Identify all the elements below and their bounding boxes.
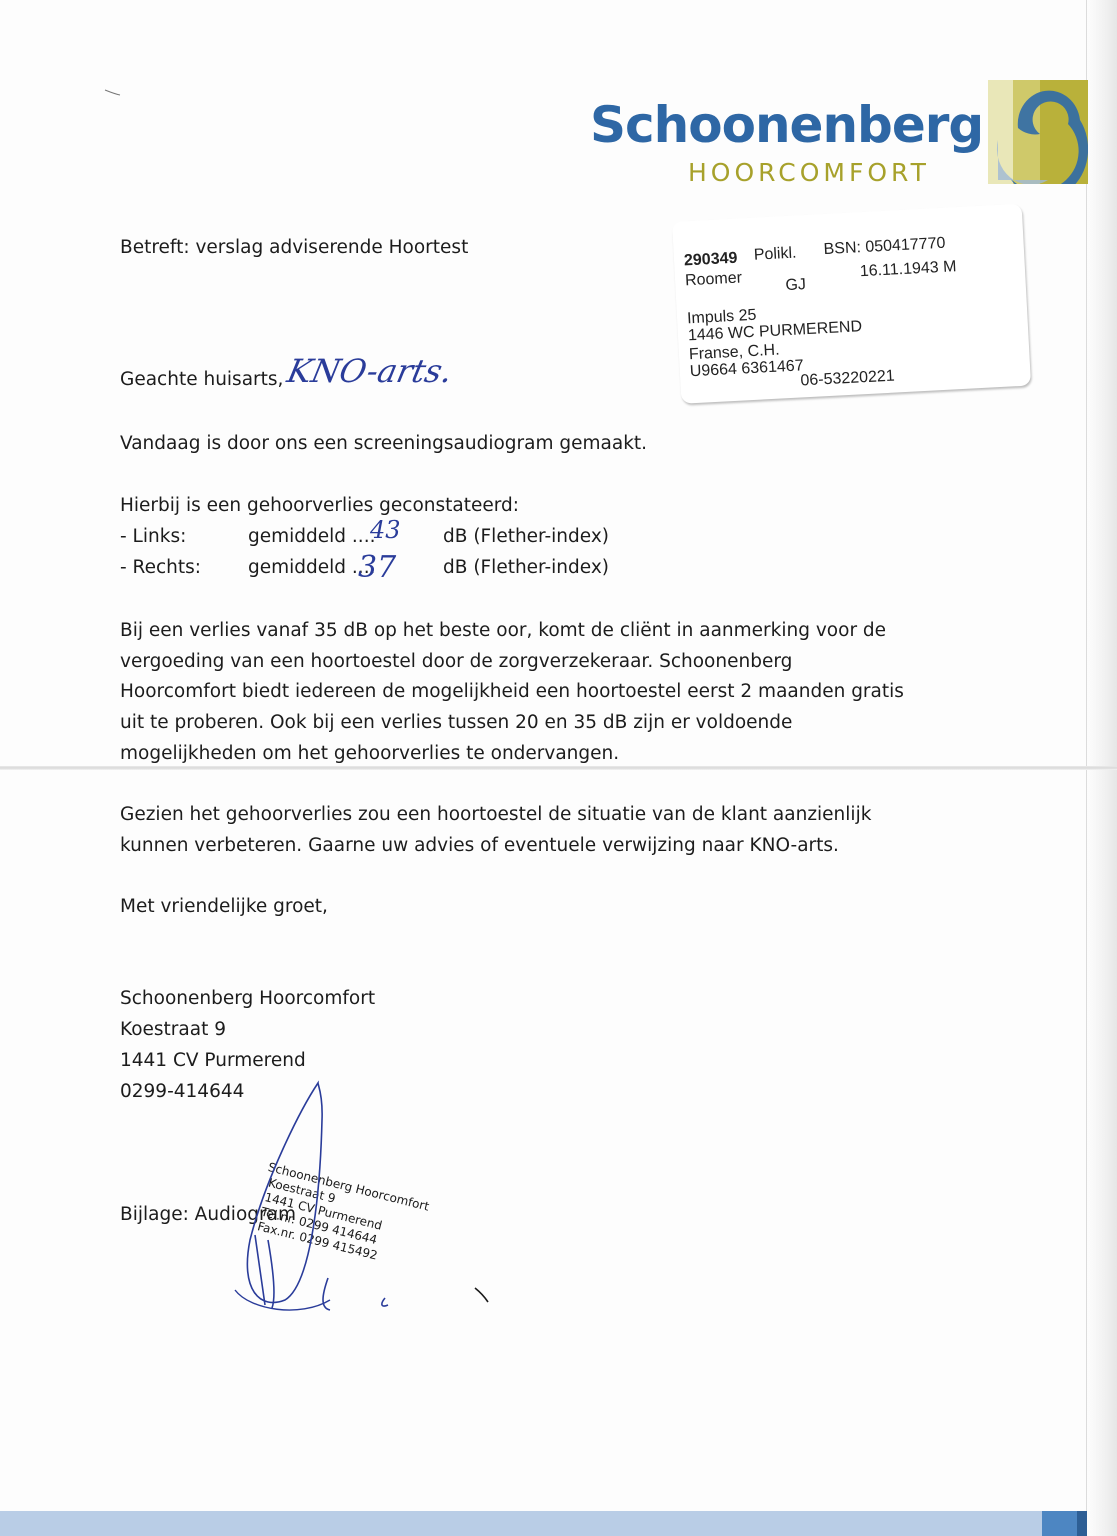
findings-unit: dB (Flether-index) bbox=[443, 559, 609, 578]
handwritten-kno-arts: KNO-arts. bbox=[284, 352, 456, 390]
paragraph-1-line: Bij een verlies vanaf 35 dB op het beste… bbox=[120, 622, 886, 641]
handwritten-value-right: 37 bbox=[358, 550, 396, 585]
sender-city: 1441 CV Purmerend bbox=[120, 1052, 306, 1071]
findings-row-left: - Links: gemiddeld .... dB (Flether-inde… bbox=[120, 528, 720, 547]
findings-label: gemiddeld .... bbox=[248, 528, 375, 547]
sender-name: Schoonenberg Hoorcomfort bbox=[120, 990, 375, 1009]
findings-unit: dB (Flether-index) bbox=[443, 528, 609, 547]
patient-initials: GJ bbox=[785, 277, 806, 294]
findings-row-right: - Rechts: gemiddeld .... dB (Flether-ind… bbox=[120, 559, 720, 578]
findings-side: - Links: bbox=[120, 526, 186, 547]
closing: Met vriendelijke groet, bbox=[120, 898, 328, 917]
patient-label-sticker: 290349 Polikl. BSN: 050417770 Roomer GJ … bbox=[672, 204, 1031, 404]
paragraph-1-line: Hoorcomfort biedt iedereen de mogelijkhe… bbox=[120, 683, 904, 702]
patient-birthdate: 16.11.1943 M bbox=[859, 259, 956, 280]
brand-logo-icon bbox=[988, 80, 1088, 184]
patient-surname: Roomer bbox=[685, 270, 743, 289]
paragraph-2-line: kunnen verbeteren. Gaarne uw advies of e… bbox=[120, 837, 839, 856]
handwritten-value-left: 43 bbox=[370, 516, 401, 544]
paragraph-1-line: vergoeding van een hoortoestel door de z… bbox=[120, 653, 792, 672]
footer-color-bar bbox=[0, 1511, 1087, 1536]
findings-label: gemiddeld .... bbox=[248, 559, 375, 578]
findings-side: - Rechts: bbox=[120, 557, 201, 578]
sender-street: Koestraat 9 bbox=[120, 1021, 226, 1040]
footer-accent-dark bbox=[1077, 1511, 1087, 1536]
sender-phone: 0299-414644 bbox=[120, 1083, 244, 1102]
intro-text: Vandaag is door ons een screeningsaudiog… bbox=[120, 435, 647, 454]
patient-department: Polikl. bbox=[753, 246, 796, 264]
paragraph-1-line: uit te proberen. Ook bij een verlies tus… bbox=[120, 714, 792, 733]
company-stamp: Schoonenberg Hoorcomfort Koestraat 9 144… bbox=[252, 1160, 431, 1273]
paragraph-1-line: mogelijkheden om het gehoorverlies te on… bbox=[120, 745, 619, 764]
paragraph-2-line: Gezien het gehoorverlies zou een hoortoe… bbox=[120, 806, 871, 825]
brand-tagline: HOORCOMFORT bbox=[688, 160, 930, 185]
patient-id: 290349 bbox=[684, 251, 738, 270]
patient-insurance: U9664 6361467 bbox=[689, 358, 804, 380]
patient-phone: 06-53220221 bbox=[800, 369, 895, 390]
patient-bsn: BSN: 050417770 bbox=[823, 236, 946, 258]
subject-line: Betreft: verslag adviserende Hoortest bbox=[120, 239, 468, 258]
salutation: Geachte huisarts, bbox=[120, 371, 283, 390]
brand-name: Schoonenberg bbox=[590, 100, 983, 150]
findings-heading: Hierbij is een gehoorverlies geconstatee… bbox=[120, 497, 519, 516]
paper-fold bbox=[0, 766, 1117, 770]
